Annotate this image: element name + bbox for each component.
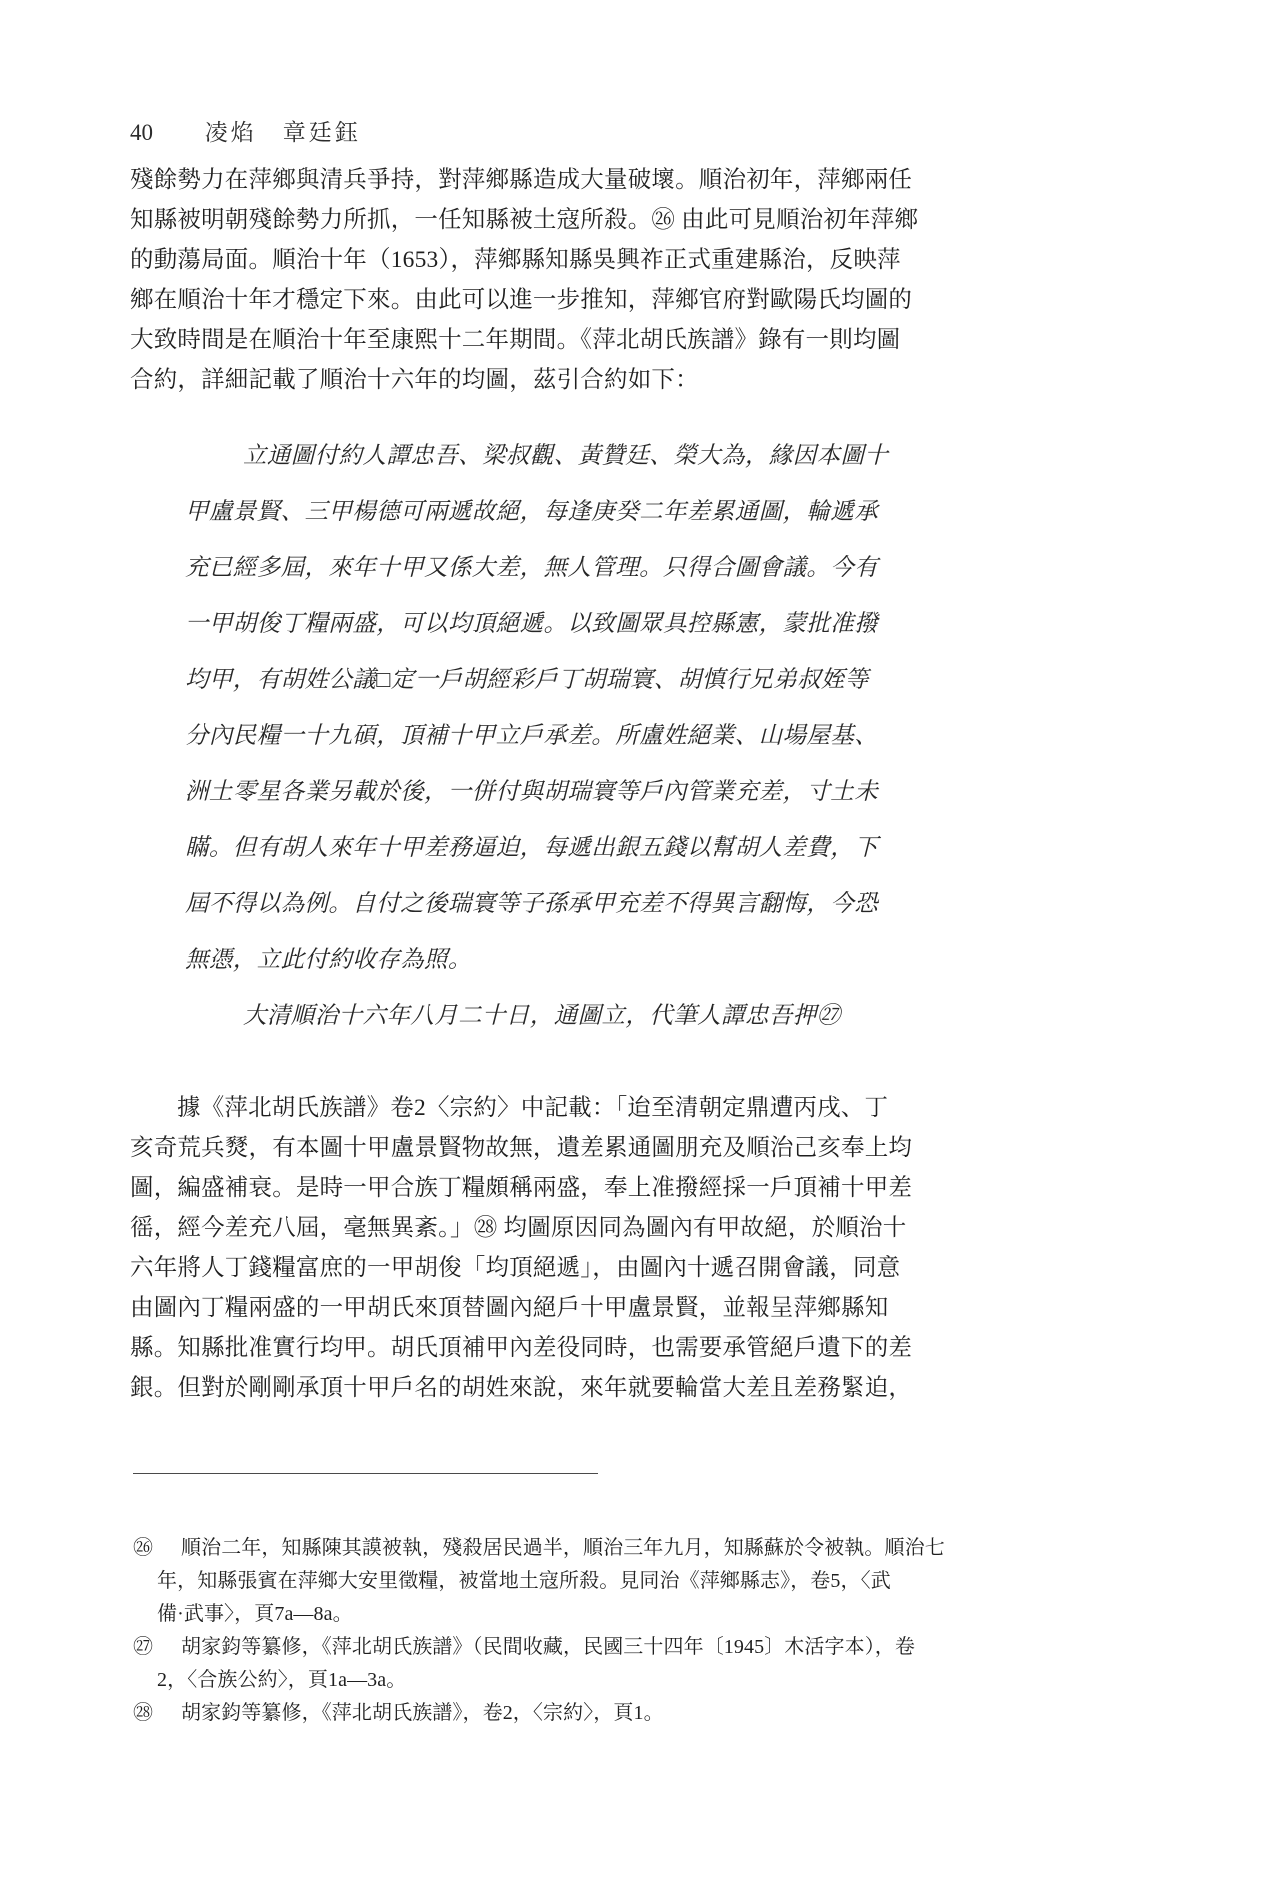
quote-line: 立通圖付約人譚忠吾、梁叔觀、黃贊廷、榮大為，緣因本圖十 <box>185 428 925 484</box>
quote-line: 充已經多屆，來年十甲又係大差，無人管理。只得合圖會議。今有 <box>185 540 925 596</box>
paragraph-analysis: 據《萍北胡氏族譜》卷2〈宗約〉中記載：「迨至清朝定鼎遭丙戌、丁 亥奇荒兵燹，有本… <box>130 1088 925 1408</box>
text-line: 合約，詳細記載了順治十六年的均圖，茲引合約如下： <box>130 360 925 400</box>
text-line: 縣。知縣批准實行均甲。胡氏頂補甲內差役同時，也需要承管絕戶遺下的差 <box>130 1328 925 1368</box>
footnote-marker: ㉖ <box>133 1532 157 1565</box>
quote-lines: 立通圖付約人譚忠吾、梁叔觀、黃贊廷、榮大為，緣因本圖十 甲盧景賢、三甲楊德可兩遞… <box>185 428 925 988</box>
quote-line: 洲土零星各業另載於後，一併付與胡瑞寰等戶內管業充差，寸土未 <box>185 764 925 820</box>
text-line: 鄉在順治十年才穩定下來。由此可以進一步推知，萍鄉官府對歐陽氏均圖的 <box>130 280 925 320</box>
paragraph-intro: 殘餘勢力在萍鄉與清兵爭持，對萍鄉縣造成大量破壞。順治初年，萍鄉兩任 知縣被明朝殘… <box>130 160 925 400</box>
text-line: 大致時間是在順治十年至康熙十二年期間。《萍北胡氏族譜》錄有一則均圖 <box>130 320 925 360</box>
footnote-line: 順治二年，知縣陳其謨被執，殘殺居民過半，順治三年九月，知縣蘇於令被執。順治七 <box>157 1532 925 1565</box>
quote-line: 瞞。但有胡人來年十甲差務逼迫，每遞出銀五錢以幫胡人差費，下 <box>185 820 925 876</box>
footnote-line: 備·武事〉，頁7a—8a。 <box>157 1598 925 1631</box>
running-header: 40 凌焰 章廷鈺 <box>130 118 925 148</box>
footnote-separator <box>133 1473 598 1474</box>
text-line: 徭，經今差充八屆，毫無異紊。」㉘ 均圖原因同為圖內有甲故絕，於順治十 <box>130 1208 925 1248</box>
text-line: 圖，編盛補衰。是時一甲合族丁糧頗稱兩盛，奉上准撥經採一戶頂補十甲差 <box>130 1168 925 1208</box>
quote-line: 均甲，有胡姓公議□定一戶胡經彩戶丁胡瑞寰、胡慎行兄弟叔姪等 <box>185 652 925 708</box>
footnote-line: 年，知縣張賓在萍鄉大安里徵糧，被當地土寇所殺。見同治《萍鄉縣志》，卷5，〈武 <box>157 1565 925 1598</box>
quote-line: 無憑，立此付約收存為照。 <box>185 932 925 988</box>
text-line: 據《萍北胡氏族譜》卷2〈宗約〉中記載：「迨至清朝定鼎遭丙戌、丁 <box>130 1088 925 1128</box>
text-column: 40 凌焰 章廷鈺 殘餘勢力在萍鄉與清兵爭持，對萍鄉縣造成大量破壞。順治初年，萍… <box>130 118 925 1730</box>
text-line: 亥奇荒兵燹，有本圖十甲盧景賢物故無，遺差累通圖朋充及順治己亥奉上均 <box>130 1128 925 1168</box>
text-line: 殘餘勢力在萍鄉與清兵爭持，對萍鄉縣造成大量破壞。順治初年，萍鄉兩任 <box>130 160 925 200</box>
footnote-line: 2，〈合族公約〉，頁1a—3a。 <box>157 1664 925 1697</box>
text-line: 的動蕩局面。順治十年（1653），萍鄉縣知縣吳興祚正式重建縣治，反映萍 <box>130 240 925 280</box>
quote-line: 屆不得以為例。自付之後瑞寰等子孫承甲充差不得異言翻悔，今恐 <box>185 876 925 932</box>
footnote-marker: ㉘ <box>133 1697 157 1730</box>
contract-quote: 立通圖付約人譚忠吾、梁叔觀、黃贊廷、榮大為，緣因本圖十 甲盧景賢、三甲楊德可兩遞… <box>130 428 925 1044</box>
footnote: ㉖ 順治二年，知縣陳其謨被執，殘殺居民過半，順治三年九月，知縣蘇於令被執。順治七… <box>130 1532 925 1631</box>
footnote-text: 順治二年，知縣陳其謨被執，殘殺居民過半，順治三年九月，知縣蘇於令被執。順治七 年… <box>157 1532 925 1631</box>
footnotes: ㉖ 順治二年，知縣陳其謨被執，殘殺居民過半，順治三年九月，知縣蘇於令被執。順治七… <box>130 1532 925 1730</box>
footnote-marker: ㉗ <box>133 1631 157 1664</box>
footnote: ㉗ 胡家鈞等纂修，《萍北胡氏族譜》（民間收藏，民國三十四年〔1945〕木活字本）… <box>130 1631 925 1697</box>
footnote-line: 胡家鈞等纂修，《萍北胡氏族譜》（民間收藏，民國三十四年〔1945〕木活字本），卷 <box>157 1631 925 1664</box>
text-line: 六年將人丁錢糧富庶的一甲胡俊「均頂絕遞」，由圖內十遞召開會議，同意 <box>130 1248 925 1288</box>
footnote-text: 胡家鈞等纂修，《萍北胡氏族譜》，卷2，〈宗約〉，頁1。 <box>157 1697 925 1730</box>
text-line: 知縣被明朝殘餘勢力所抓，一任知縣被土寇所殺。㉖ 由此可見順治初年萍鄉 <box>130 200 925 240</box>
text-line: 由圖內丁糧兩盛的一甲胡氏來頂替圖內絕戶十甲盧景賢，並報呈萍鄉縣知 <box>130 1288 925 1328</box>
footnote-line: 胡家鈞等纂修，《萍北胡氏族譜》，卷2，〈宗約〉，頁1。 <box>157 1697 925 1730</box>
document-page: 40 凌焰 章廷鈺 殘餘勢力在萍鄉與清兵爭持，對萍鄉縣造成大量破壞。順治初年，萍… <box>0 0 1262 1895</box>
footnote-text: 胡家鈞等纂修，《萍北胡氏族譜》（民間收藏，民國三十四年〔1945〕木活字本），卷… <box>157 1631 925 1697</box>
quote-line: 分內民糧一十九碩，頂補十甲立戶承差。所盧姓絕業、山場屋基、 <box>185 708 925 764</box>
quote-line: 一甲胡俊丁糧兩盛，可以均頂絕遞。以致圖眾具控縣憲，蒙批准撥 <box>185 596 925 652</box>
running-header-authors: 凌焰 章廷鈺 <box>205 120 361 145</box>
text-line: 銀。但對於剛剛承頂十甲戶名的胡姓來說，來年就要輪當大差且差務緊迫， <box>130 1368 925 1408</box>
footnote: ㉘ 胡家鈞等纂修，《萍北胡氏族譜》，卷2，〈宗約〉，頁1。 <box>130 1697 925 1730</box>
quote-signature: 大清順治十六年八月二十日，通圖立，代筆人譚忠吾押㉗ <box>185 988 925 1044</box>
quote-line: 甲盧景賢、三甲楊德可兩遞故絕，每逢庚癸二年差累通圖，輪遞承 <box>185 484 925 540</box>
page-number: 40 <box>130 118 153 148</box>
